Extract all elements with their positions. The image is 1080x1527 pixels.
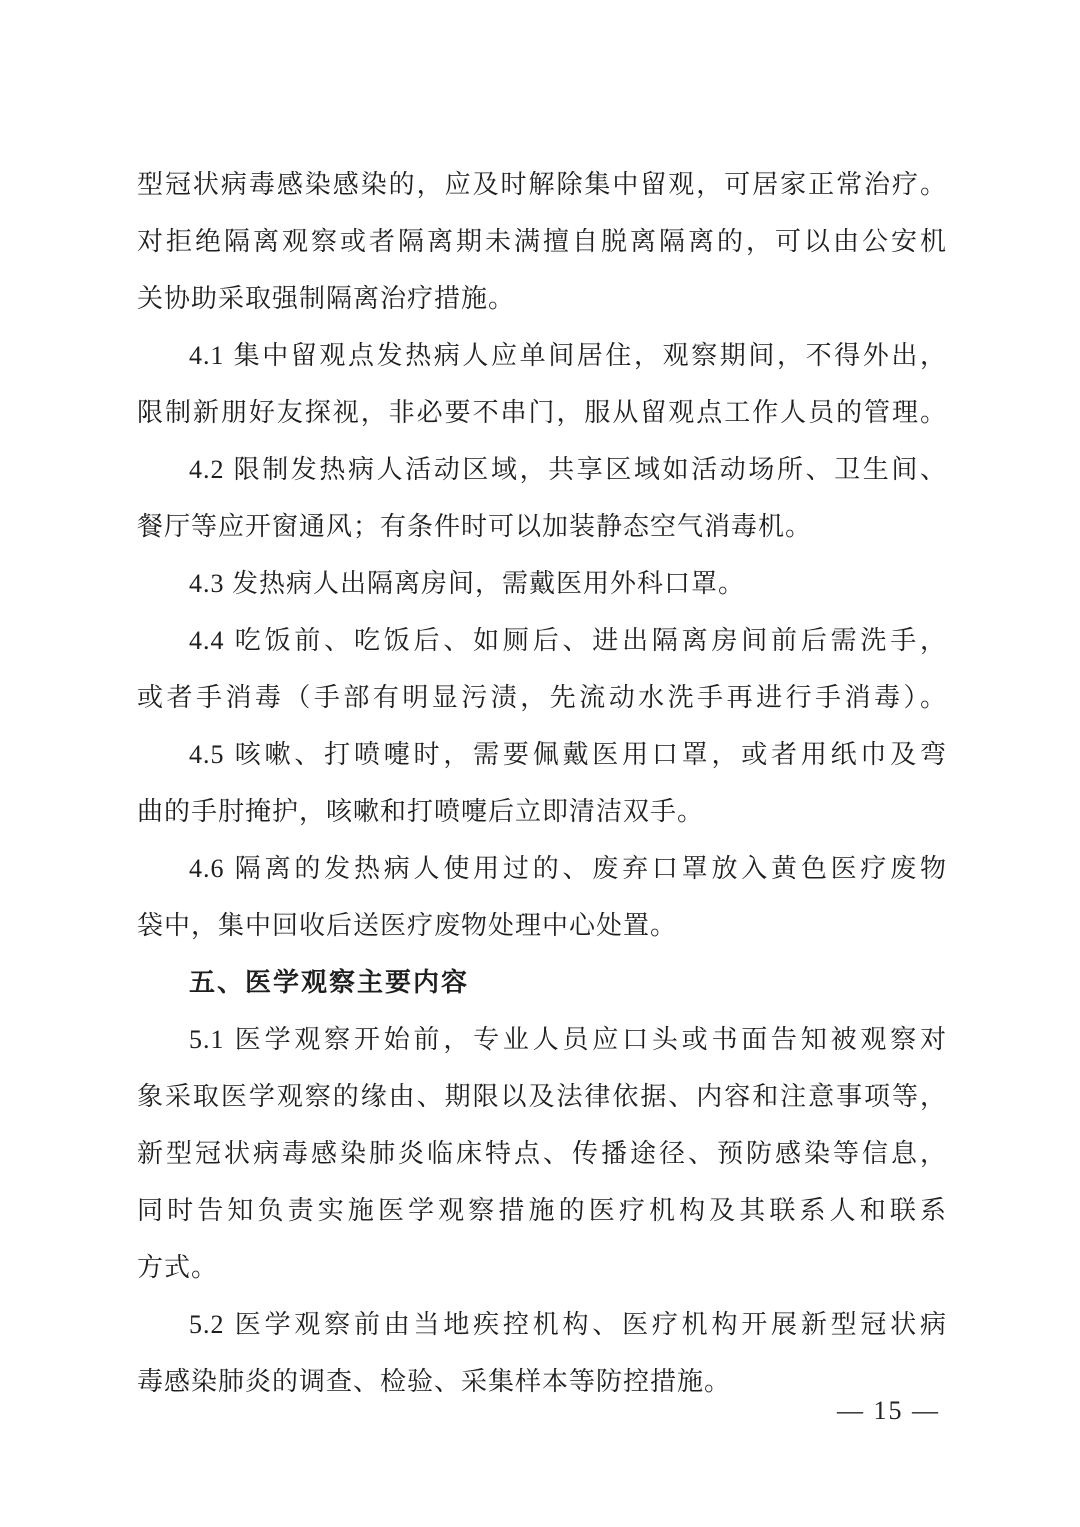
- document-line: 型冠状病毒感染感染的，应及时解除集中留观，可居家正常治疗。: [137, 156, 947, 213]
- document-line: 象采取医学观察的缘由、期限以及法律依据、内容和注意事项等，: [137, 1068, 947, 1125]
- document-line: 方式。: [137, 1239, 947, 1296]
- document-line: 袋中，集中回收后送医疗废物处理中心处置。: [137, 897, 947, 954]
- document-line: 4.5 咳嗽、打喷嚏时，需要佩戴医用口罩，或者用纸巾及弯: [137, 726, 947, 783]
- document-line: 对拒绝隔离观察或者隔离期未满擅自脱离隔离的，可以由公安机: [137, 213, 947, 270]
- document-line: 5.2 医学观察前由当地疾控机构、医疗机构开展新型冠状病: [137, 1296, 947, 1353]
- document-line: 4.4 吃饭前、吃饭后、如厕后、进出隔离房间前后需洗手，: [137, 612, 947, 669]
- document-line: 限制新朋好友探视，非必要不串门，服从留观点工作人员的管理。: [137, 384, 947, 441]
- document-body: 型冠状病毒感染感染的，应及时解除集中留观，可居家正常治疗。对拒绝隔离观察或者隔离…: [137, 156, 947, 1410]
- document-line: 新型冠状病毒感染肺炎临床特点、传播途径、预防感染等信息，: [137, 1125, 947, 1182]
- document-line: 曲的手肘掩护，咳嗽和打喷嚏后立即清洁双手。: [137, 783, 947, 840]
- page-number: — 15 —: [837, 1396, 940, 1426]
- document-line: 4.2 限制发热病人活动区域，共享区域如活动场所、卫生间、: [137, 441, 947, 498]
- document-line: 或者手消毒（手部有明显污渍，先流动水洗手再进行手消毒）。: [137, 669, 947, 726]
- section-heading: 五、医学观察主要内容: [137, 954, 947, 1011]
- document-line: 餐厅等应开窗通风；有条件时可以加装静态空气消毒机。: [137, 498, 947, 555]
- document-line: 关协助采取强制隔离治疗措施。: [137, 270, 947, 327]
- document-line: 4.1 集中留观点发热病人应单间居住，观察期间，不得外出，: [137, 327, 947, 384]
- document-page: 型冠状病毒感染感染的，应及时解除集中留观，可居家正常治疗。对拒绝隔离观察或者隔离…: [0, 0, 1080, 1527]
- document-line: 4.3 发热病人出隔离房间，需戴医用外科口罩。: [137, 555, 947, 612]
- document-line: 毒感染肺炎的调查、检验、采集样本等防控措施。: [137, 1353, 947, 1410]
- document-line: 4.6 隔离的发热病人使用过的、废弃口罩放入黄色医疗废物: [137, 840, 947, 897]
- document-line: 5.1 医学观察开始前，专业人员应口头或书面告知被观察对: [137, 1011, 947, 1068]
- document-line: 同时告知负责实施医学观察措施的医疗机构及其联系人和联系: [137, 1182, 947, 1239]
